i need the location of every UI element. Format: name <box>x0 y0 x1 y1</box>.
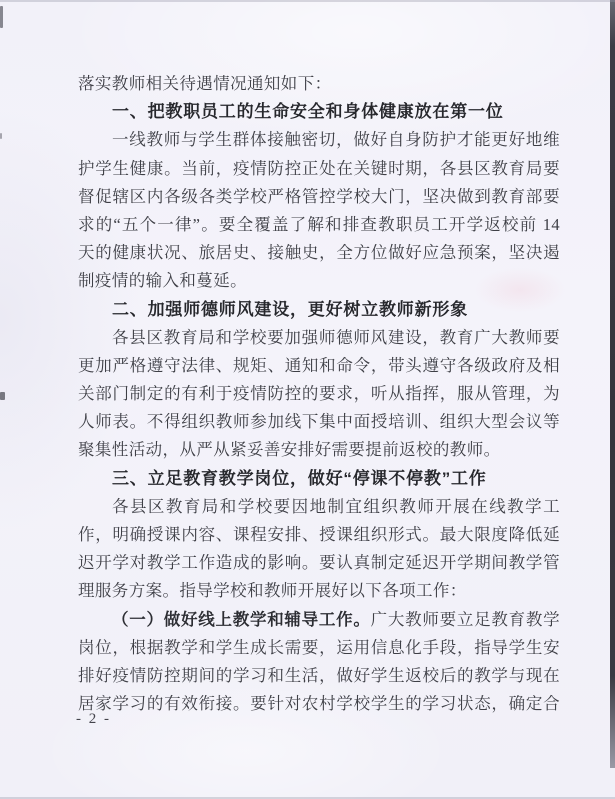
body-line: 求的“五个一律”。要全覆盖了解和排查教职员工开学返校前 14 <box>78 211 560 239</box>
paragraph-continuation: 落实教师相关待遇情况通知如下： <box>78 70 560 98</box>
body-line: 一线教师与学生群体接触密切，做好自身防护才能更好地维 <box>78 126 560 154</box>
scan-speck-left-top <box>0 6 3 28</box>
body-line: 各县区教育局和学校要因地制宜组织教师开展在线教学工 <box>78 493 560 521</box>
body-line: 迟开学对教学工作造成的影响。要认真制定延迟开学期间教学管 <box>78 549 560 577</box>
section-2-heading: 二、加强师德师风建设，更好树立教师新形象 <box>78 296 560 324</box>
body-line: 人师表。不得组织教师参加线下集中面授培训、组织大型会议等 <box>78 408 560 436</box>
section-1-heading: 一、把教职员工的生命安全和身体健康放在第一位 <box>78 98 560 126</box>
page-number: - 2 - <box>76 711 111 728</box>
body-line: 理服务方案。指导学校和教师开展好以下各项工作： <box>78 577 560 605</box>
body-line: 制疫情的输入和蔓延。 <box>78 267 560 295</box>
body-line: 各县区教育局和学校要加强师德师风建设，教育广大教师要 <box>78 324 560 352</box>
body-line: 关部门制定的有利于疫情防控的要求，听从指挥，服从管理，为 <box>78 380 560 408</box>
body-line: 督促辖区内各级各类学校严格管控学校大门，坚决做到教育部要 <box>78 183 560 211</box>
body-line: 排好疫情防控期间的学习和生活，做好学生返校后的教学与现在 <box>78 662 560 690</box>
scanned-document-page: 落实教师相关待遇情况通知如下： 一、把教职员工的生命安全和身体健康放在第一位 一… <box>0 0 615 799</box>
body-line-with-bold-lead: （一）做好线上教学和辅导工作。广大教师要立足教育教学 <box>78 606 560 634</box>
body-line: 更加严格遵守法律、规矩、通知和命令，带头遵守各级政府及相 <box>78 352 560 380</box>
scan-edge-top-artifact <box>0 0 615 2</box>
body-line: 居家学习的有效衔接。要针对农村学校学生的学习状态，确定合 <box>78 690 560 718</box>
scan-speck-left-middle <box>0 392 5 400</box>
body-line: 聚集性活动，从严从紧妥善安排好需要提前返校的教师。 <box>78 436 560 464</box>
document-body: 落实教师相关待遇情况通知如下： 一、把教职员工的生命安全和身体健康放在第一位 一… <box>78 70 560 718</box>
subitem-1-text: 广大教师要立足教育教学 <box>371 610 560 629</box>
body-line: 天的健康状况、旅居史、接触史，全方位做好应急预案，坚决遏 <box>78 239 560 267</box>
scan-edge-right-artifact <box>610 0 615 768</box>
body-line: 护学生健康。当前，疫情防控正处在关键时期，各县区教育局要 <box>78 155 560 183</box>
section-3-heading: 三、立足教育教学岗位，做好“停课不停教”工作 <box>78 465 560 493</box>
scan-speck-left-upper <box>0 133 2 139</box>
subitem-1-title: （一）做好线上教学和辅导工作。 <box>112 610 371 629</box>
body-line: 岗位，根据教学和学生成长需要，运用信息化手段，指导学生安 <box>78 634 560 662</box>
body-line: 作，明确授课内容、课程安排、授课组织形式。最大限度降低延 <box>78 521 560 549</box>
